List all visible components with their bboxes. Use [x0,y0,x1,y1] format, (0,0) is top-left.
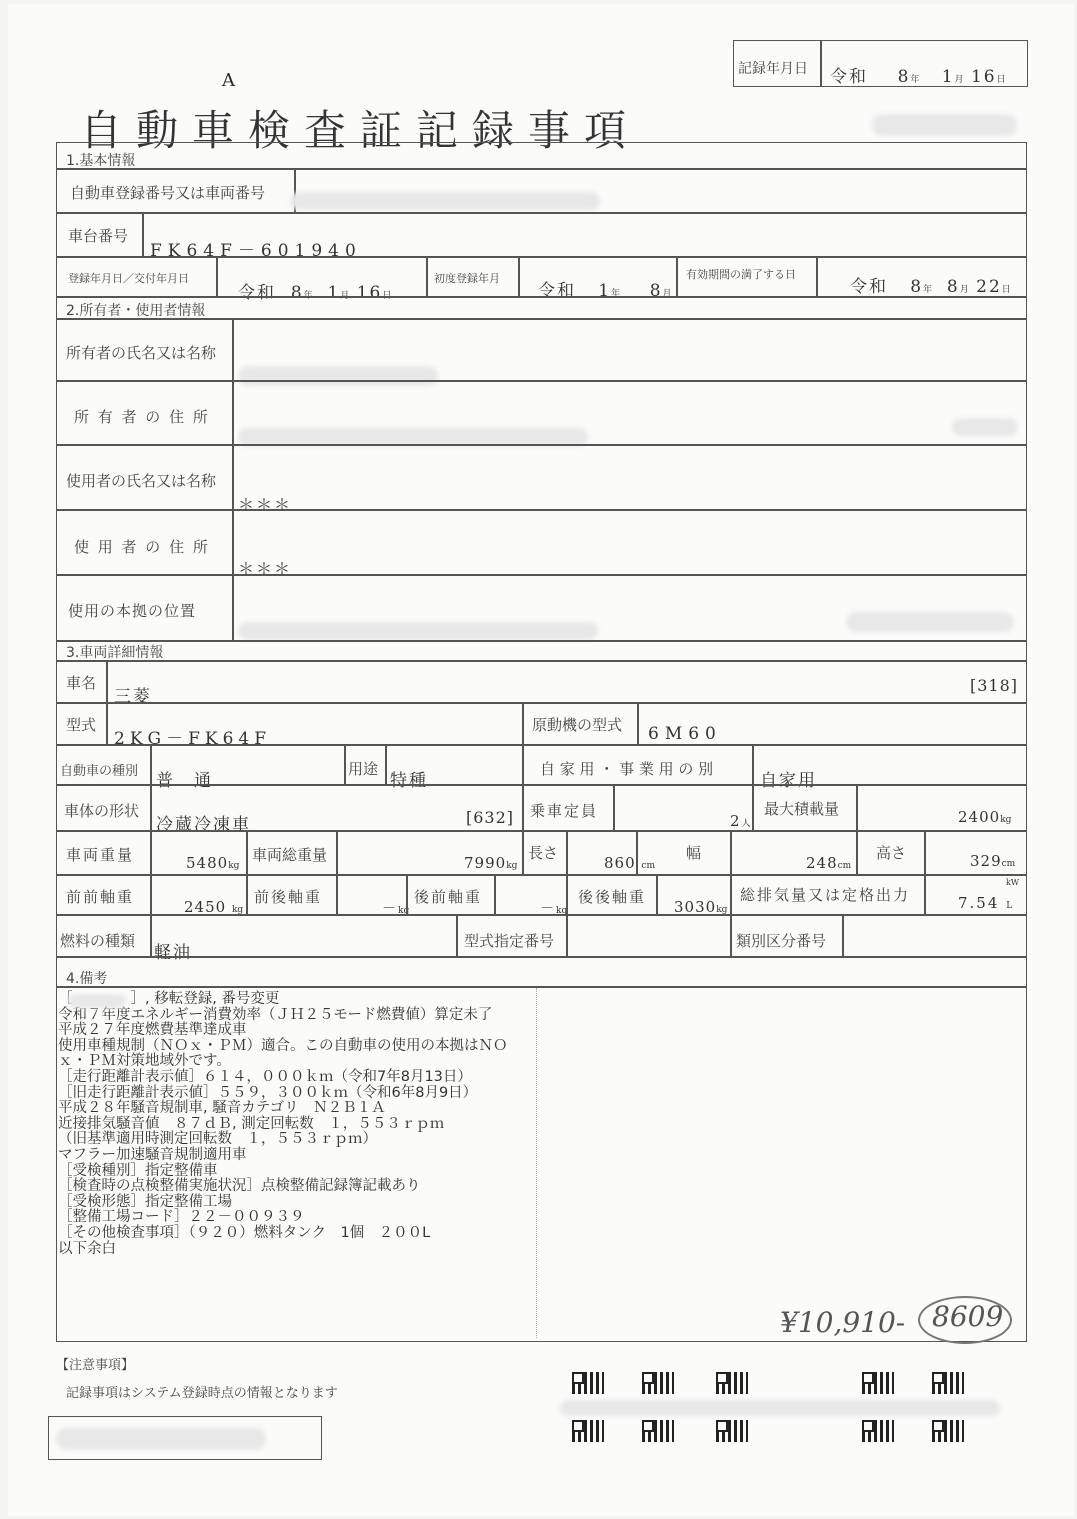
engine-model-label: 原動機の型式 [532,714,622,735]
owner-name-label: 所有者の氏名又は名称 [66,342,216,363]
remarks-line: 平成２８年騒音規制車, 騒音カテゴリ Ｎ２Ｂ１Ａ [58,1101,508,1117]
rf-axle-label: 後前軸重 [414,886,482,907]
handwritten-price: ¥10,910- [780,1306,905,1339]
length-value: 860 cm [604,854,655,872]
base-location-label: 使用の本拠の位置 [68,600,196,621]
expiry-value: 令和 8年 8月 22日 [850,272,1011,297]
remarks-line: ［検査時の点検整備実施状況］点検整備記録簿記載あり [58,1179,508,1195]
section4-heading: 4.備考 [66,968,107,988]
displacement-unit-kw: kW [1006,878,1019,887]
usage-value: 特種 [390,766,428,791]
qr-code-icon [642,1372,674,1394]
expiry-label: 有効期間の満了する日 [686,266,796,282]
first-registration-label: 初度登録年月 [434,270,500,286]
user-address-label: 使 用 者 の 住 所 [74,536,210,557]
body-shape-code: [632] [466,808,514,827]
gross-weight-value: 7990kg [464,854,517,872]
owner-name-value [238,366,438,386]
remarks-line: ［受検種別］指定整備車 [58,1164,508,1180]
user-name-label: 使用者の氏名又は名称 [66,470,216,491]
height-label: 高さ [876,842,906,863]
remarks-divider [536,988,537,1338]
body-shape-label: 車体の形状 [64,800,139,821]
marker: A [222,70,235,91]
qr-code-icon [862,1420,894,1442]
registration-date-label: 登録年月日／交付年月日 [68,270,189,286]
remarks-line: 平成２７年度燃費基準達成車 [58,1023,508,1039]
fuel-label: 燃料の種類 [60,930,135,951]
category-label: 類別区分番号 [736,930,826,951]
remarks-line: ｘ・ＰＭ対策地域外です。 [58,1054,508,1070]
fr-axle-label: 前後軸重 [254,886,322,907]
handwritten-circled-number: 8609 [932,1300,1003,1333]
remarks-line: 以下余白 [58,1242,508,1258]
section3-heading: 3.車両詳細情報 [66,642,163,662]
section2-heading: 2.所有者・使用者情報 [66,300,205,320]
gross-weight-label: 車両総重量 [252,844,327,865]
chassis-number-label: 車台番号 [68,225,128,246]
type-designation-label: 型式指定番号 [464,930,554,951]
qr-code-icon [642,1420,674,1442]
qr-code-icon [862,1372,894,1394]
qr-code-icon [716,1372,748,1394]
remarks-line: ［旧走行距離計表示値］５５９，３００ｋｍ（令和6年8月9日） [58,1086,508,1102]
remarks-line: （旧基準適用時測定回転数 １，５５３ｒｐｍ） [58,1132,508,1148]
capacity-label: 乗車定員 [530,800,598,821]
ff-axle-label: 前前軸重 [66,886,134,907]
notice-heading: 【注意事項】 [56,1354,134,1373]
remarks-line: 令和７年度エネルギー消費効率（ＪＨ２５モード燃費値）算定未了 [58,1008,508,1024]
vehicle-name-code: [318] [970,676,1018,695]
remarks-line: マフラー加速騒音規制適用車 [58,1148,508,1164]
qr-code-icon [572,1372,604,1394]
vehicle-weight-value: 5480kg [186,854,239,872]
engine-model-value: 6M60 [648,724,722,744]
qr-code-icon [572,1420,604,1442]
qr-code-icon [716,1420,748,1442]
vehicle-type-value: 普 通 [156,766,213,791]
vehicle-weight-label: 車両重量 [66,844,134,865]
vehicle-name-label: 車名 [66,672,96,693]
private-business-value: 自家用 [760,766,817,791]
registration-number-label: 自動車登録番号又は車両番号 [70,182,265,203]
length-label: 長さ [528,842,558,863]
max-load-value: 2400kg [958,808,1011,826]
max-load-label: 最大積載量 [764,798,839,819]
remarks-line: ［その他検査事項］（９２０）燃料タンク 1個 ２００L [58,1226,508,1242]
usage-label: 用途 [348,758,378,779]
record-date-value: 令和 8年 1月 16日 [830,62,1006,87]
remarks-text: ［ ］, 移転登録, 番号変更令和７年度エネルギー消費効率（ＪＨ２５モード燃費値… [58,992,508,1257]
remarks-line: ［走行距離計表示値］６１４，０００ｋｍ（令和7年8月13日） [58,1070,508,1086]
registration-number-value [290,192,600,210]
base-location-value [238,622,598,640]
registration-date-value: 令和 8年 1月 16日 [238,278,391,303]
notice-text: 記録事項はシステム登録時点の情報となります [66,1382,338,1401]
displacement-label: 総排気量又は定格出力 [740,884,910,905]
private-business-label: 自 家 用 ・ 事 業 用 の 別 [540,758,713,779]
height-value: 329cm [970,852,1015,870]
remarks-line: ［受検形態］指定整備工場 [58,1195,508,1211]
remarks-line: 近接排気騒音値 ８７ｄＢ, 測定回転数 １，５５３ｒｐｍ [58,1117,508,1133]
width-value: 248cm [806,854,851,872]
width-label: 幅 [686,842,701,863]
user-name-value: ＊＊＊ [238,492,292,515]
section1-heading: 1.基本情報 [66,150,135,170]
model-label: 型式 [66,714,96,735]
vehicle-type-label: 自動車の種別 [60,760,138,779]
qr-code-icon [932,1372,964,1394]
fuel-value: 軽油 [154,938,192,963]
owner-address-label: 所 有 者 の 住 所 [74,406,210,427]
capacity-value: 2人 [730,812,751,830]
remarks-line: ［整備工場コード］２２－００９３９ [58,1210,508,1226]
record-date-label: 記録年月日 [738,58,808,78]
rr-axle-label: 後後軸重 [578,886,646,907]
user-address-value: ＊＊＊ [238,556,292,579]
qr-code-icon [932,1420,964,1442]
displacement-value: 7.54 L [958,894,1012,912]
